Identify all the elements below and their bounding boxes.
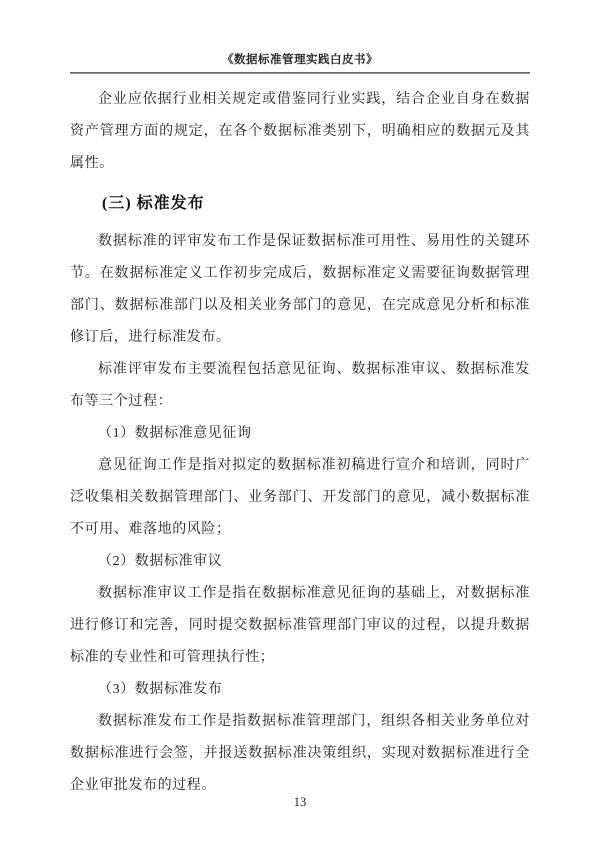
page-number: 13: [0, 795, 600, 810]
document-page: 《数据标准管理实践白皮书》 企业应依据行业相关规定或借鉴同行业实践，结合企业自身…: [0, 0, 600, 848]
list-item-3-body: 数据标准发布工作是指数据标准管理部门，组织各相关业务单位对数据标准进行会签，并报…: [70, 706, 530, 802]
process-intro-paragraph: 标准评审发布主要流程包括意见征询、数据标准审议、数据标准发布等三个过程：: [70, 354, 530, 418]
header-rule: [70, 72, 530, 74]
page-body: 企业应依据行业相关规定或借鉴同行业实践，结合企业自身在数据资产管理方面的规定，在…: [70, 84, 530, 802]
list-item-3-title: （3）数据标准发布: [70, 674, 530, 706]
list-item-2-title: （2）数据标准审议: [70, 546, 530, 578]
running-header-title: 《数据标准管理实践白皮书》: [70, 52, 530, 72]
list-item-2-body: 数据标准审议工作是指在数据标准意见征询的基础上，对数据标准进行修订和完善，同时提…: [70, 578, 530, 674]
section-heading: (三) 标准发布: [70, 186, 530, 222]
list-item-1-title: （1）数据标准意见征询: [70, 418, 530, 450]
section-lead-paragraph: 数据标准的评审发布工作是保证数据标准可用性、易用性的关键环节。在数据标准定义工作…: [70, 226, 530, 354]
intro-paragraph: 企业应依据行业相关规定或借鉴同行业实践，结合企业自身在数据资产管理方面的规定，在…: [70, 84, 530, 180]
list-item-1-body: 意见征询工作是指对拟定的数据标准初稿进行宣介和培训，同时广泛收集相关数据管理部门…: [70, 450, 530, 546]
